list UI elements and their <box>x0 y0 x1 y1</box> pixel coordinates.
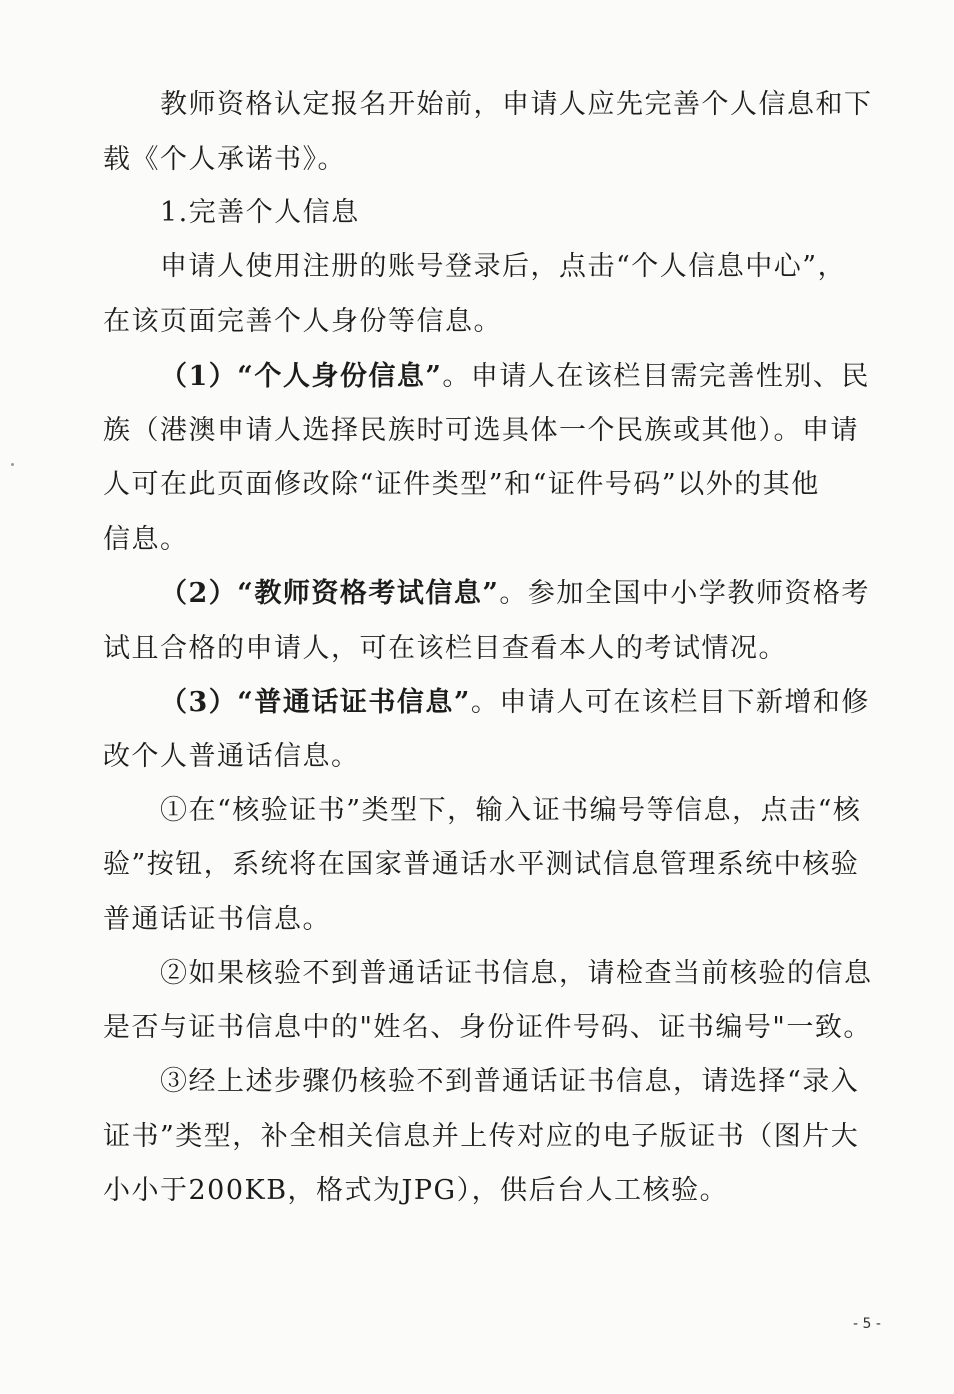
login-line-2: 在该页面完善个人身份等信息。 <box>103 305 502 339</box>
item1-label: （1）“个人身份信息” <box>160 361 442 392</box>
step3-line-1: ③经上述步骤仍核验不到普通话证书信息，请选择“录入 <box>160 1065 859 1099</box>
item3-line-1: （3）“普通话证书信息”。申请人可在该栏目下新增和修 <box>160 686 870 720</box>
intro-line-1: 教师资格认定报名开始前，申请人应先完善个人信息和下 <box>160 88 873 122</box>
step3-line-3: 小小于200KB，格式为JPG），供后台人工核验。 <box>103 1174 728 1208</box>
item3-text: 。申请人可在该栏目下新增和修 <box>471 687 870 718</box>
step2-line-1: ②如果核验不到普通话证书信息，请检查当前核验的信息 <box>160 957 873 991</box>
item2-line-2: 试且合格的申请人，可在该栏目查看本人的考试情况。 <box>103 632 787 666</box>
intro-line-2: 载《个人承诺书》。 <box>103 143 346 177</box>
item1-text: 。申请人在该栏目需完善性别、民 <box>442 361 870 392</box>
step1-line-2: 验”按钮，系统将在国家普通话水平测试信息管理系统中核验 <box>103 848 859 882</box>
document-page: 教师资格认定报名开始前，申请人应先完善个人信息和下 载《个人承诺书》。 1.完善… <box>0 0 954 1394</box>
step3-line-2: 证书”类型，补全相关信息并上传对应的电子版证书（图片大 <box>103 1120 859 1154</box>
item2-line-1: （2）“教师资格考试信息”。参加全国中小学教师资格考 <box>160 577 870 611</box>
item3-label: （3）“普通话证书信息” <box>160 687 471 718</box>
item1-line-4: 信息。 <box>103 523 189 557</box>
item1-line-1: （1）“个人身份信息”。申请人在该栏目需完善性别、民 <box>160 360 870 394</box>
page-number: - 5 - <box>853 1316 881 1332</box>
item3-line-2: 改个人普通话信息。 <box>103 740 360 774</box>
item2-text: 。参加全国中小学教师资格考 <box>499 578 870 609</box>
login-line-1: 申请人使用注册的账号登录后，点击“个人信息中心”， <box>160 250 846 284</box>
section-heading: 1.完善个人信息 <box>160 196 360 230</box>
step1-line-1: ①在“核验证书”类型下，输入证书编号等信息，点击“核 <box>160 794 861 828</box>
step1-line-3: 普通话证书信息。 <box>103 903 331 937</box>
step2-line-2: 是否与证书信息中的"姓名、身份证件号码、证书编号"一致。 <box>103 1011 872 1045</box>
scan-speck <box>11 463 14 466</box>
item1-line-3: 人可在此页面修改除“证件类型”和“证件号码”以外的其他 <box>103 468 820 502</box>
item2-label: （2）“教师资格考试信息” <box>160 578 499 609</box>
item1-line-2: 族（港澳申请人选择民族时可选具体一个民族或其他）。申请 <box>103 414 859 448</box>
